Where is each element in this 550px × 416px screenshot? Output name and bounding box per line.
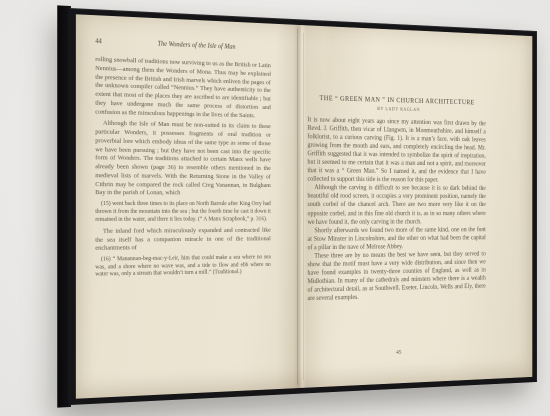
chapter-byline: BY LADY RAGLAN: [307, 105, 485, 114]
chapter-title: THE “ GREEN MAN ” IN CHURCH ARCHITECTURE: [307, 93, 485, 106]
page-edge-line: [297, 28, 298, 384]
paragraph: It is now about eight years ago since my…: [307, 115, 485, 185]
left-page-number: 44: [95, 38, 120, 46]
paragraph: The inland ford which miraculously expan…: [95, 227, 270, 254]
book-photo: 44 The Wonders of the Isle of Man rollin…: [76, 14, 532, 398]
picture-frame: 44 The Wonders of the Isle of Man rollin…: [70, 8, 537, 405]
left-running-head: 44 The Wonders of the Isle of Man: [95, 38, 270, 52]
paragraph: Shortly afterwards we found two more of …: [307, 226, 485, 253]
paragraph: These three are by no means the best we …: [307, 250, 485, 303]
page-edge-line: [303, 32, 304, 380]
paragraph: rolling snowball of traditions now survi…: [95, 56, 270, 121]
product-photo-scene: 44 The Wonders of the Isle of Man rollin…: [0, 0, 550, 416]
paragraph: Although the carving is difficult to see…: [307, 184, 485, 227]
footnote-extract: (15) went back three times to its place …: [95, 201, 270, 224]
running-title: The Wonders of the Isle of Man: [120, 39, 271, 52]
footnote-extract: (16) “ Manannan-beg-mac-y-Leir, him that…: [95, 255, 270, 280]
paragraph: Although the Isle of Man must be non-sui…: [95, 120, 270, 199]
right-page-number: 45: [307, 346, 485, 359]
right-page-text: THE “ GREEN MAN ” IN CHURCH ARCHITECTURE…: [307, 93, 485, 303]
left-page-text: rolling snowball of traditions now survi…: [95, 56, 270, 283]
